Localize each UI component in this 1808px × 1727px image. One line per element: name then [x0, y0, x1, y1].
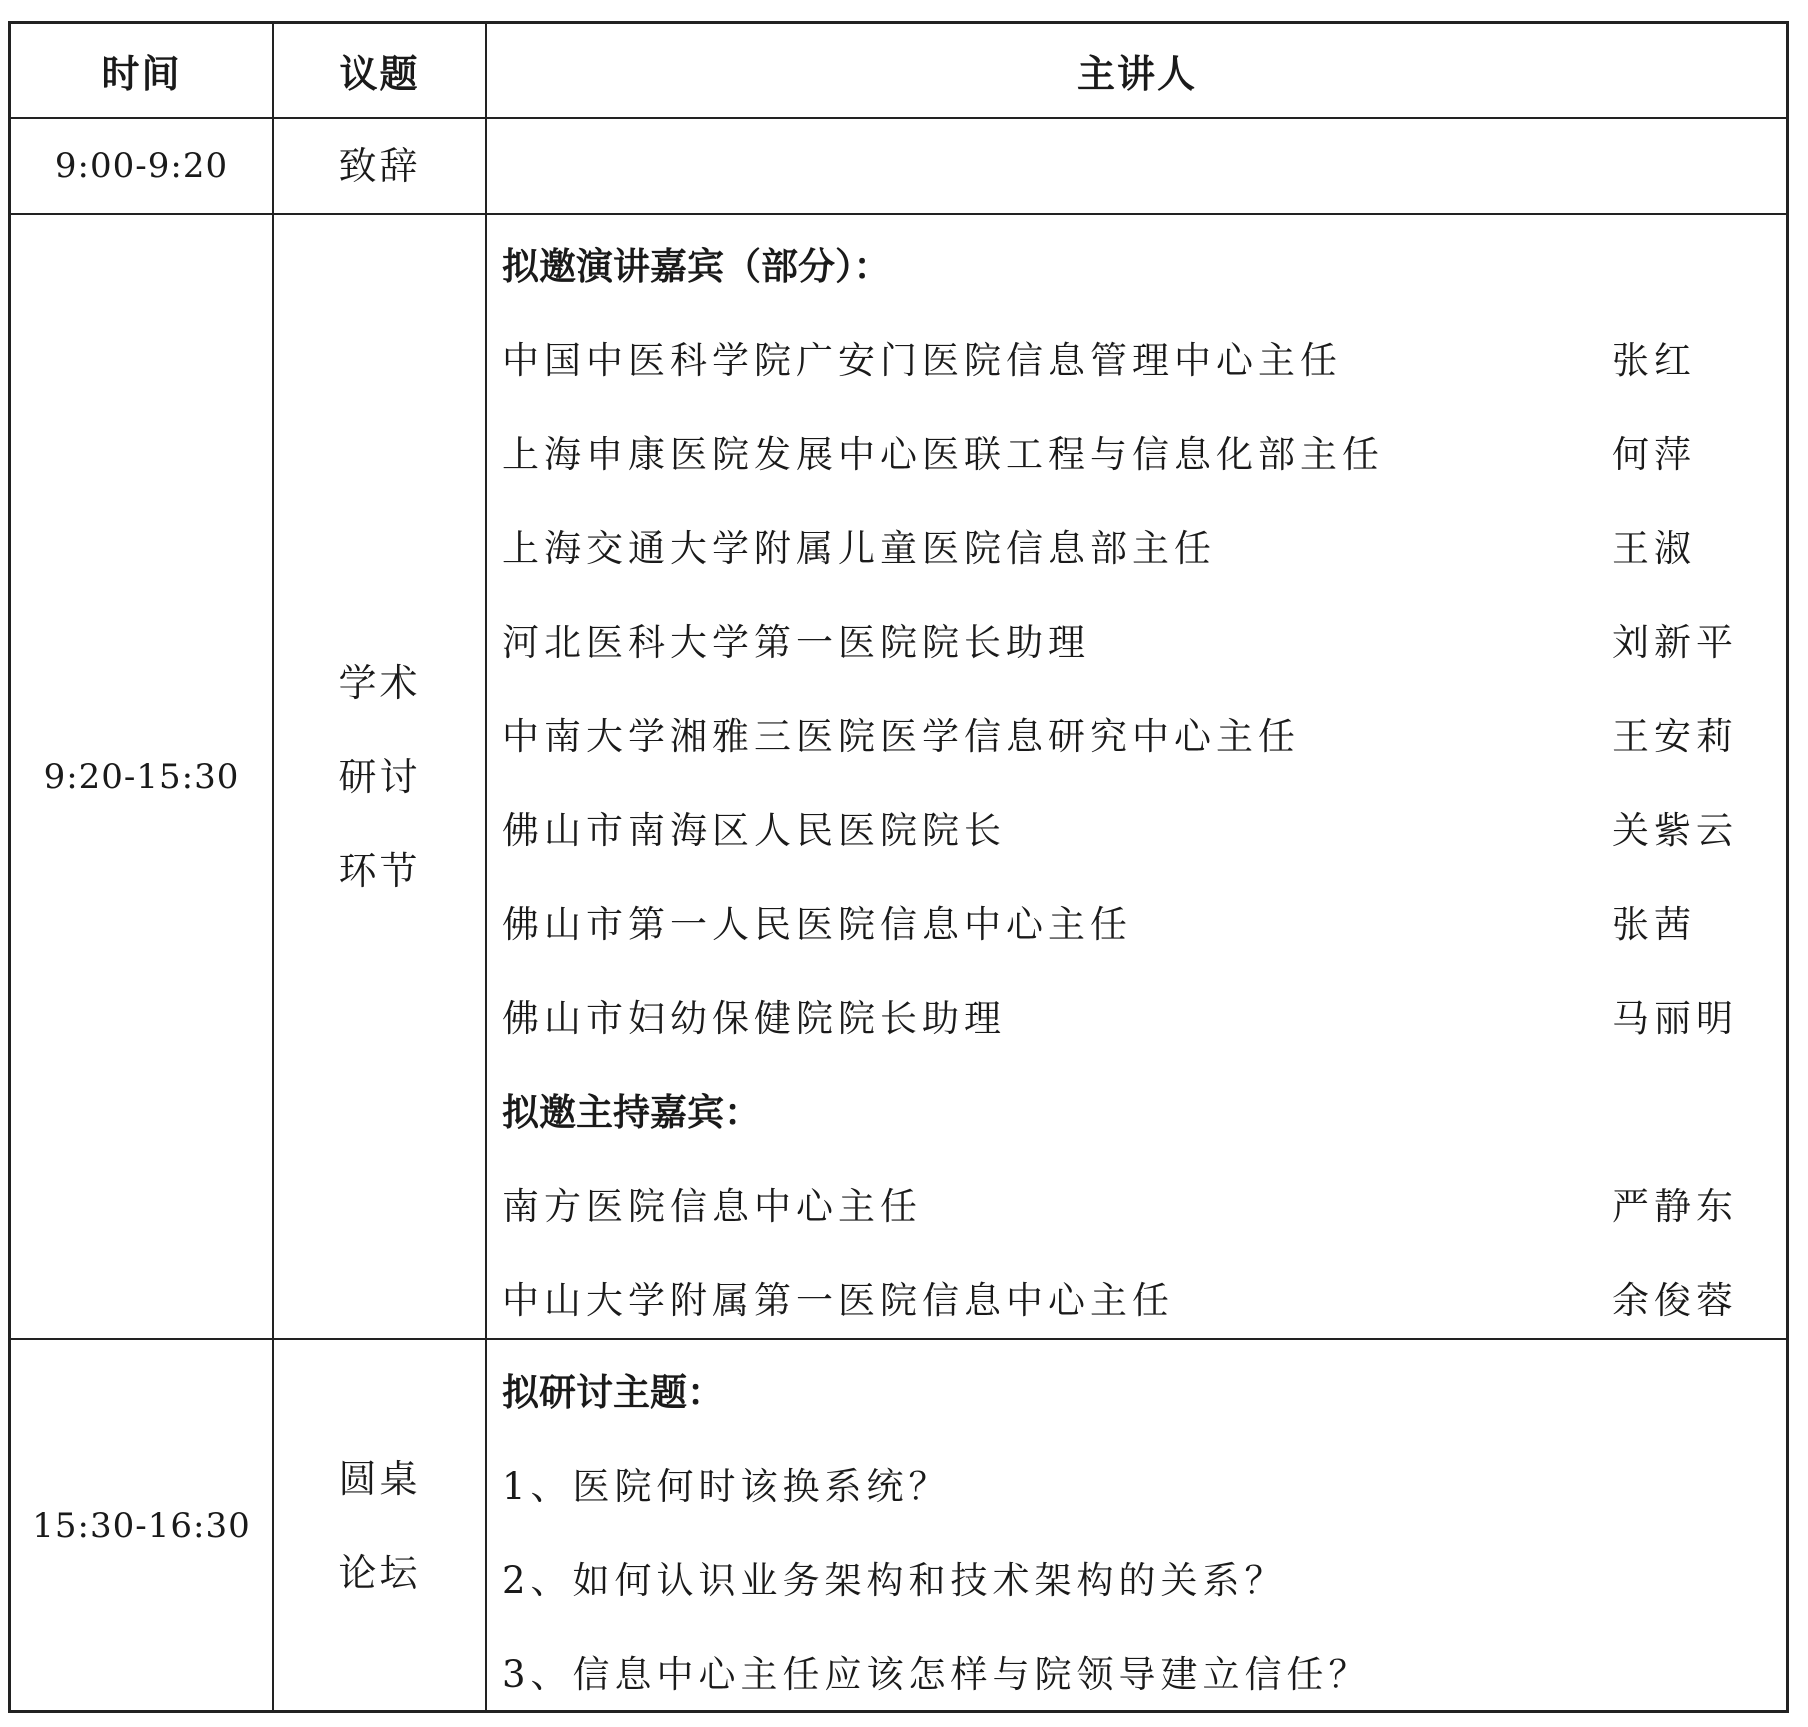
speaker-org: 中南大学湘雅三医院医学信息研究中心主任 — [502, 706, 1300, 760]
forum-topic-item: 3、信息中心主任应该怎样与院领导建立信任？ — [502, 1624, 1772, 1718]
speaker-row: 佛山市妇幼保健院院长助理马丽明 — [502, 968, 1772, 1062]
topic-line: 论坛 — [338, 1526, 420, 1620]
forum-topics: 拟研讨主题： 1、医院何时该换系统？ 2、如何认识业务架构和技术架构的关系？ 3… — [502, 1342, 1772, 1718]
host-org: 中山大学附属第一医院信息中心主任 — [502, 1270, 1174, 1324]
topic-line: 致辞 — [338, 119, 420, 213]
speaker-name: 刘新平 — [1612, 612, 1738, 666]
speaker-org: 河北医科大学第一医院院长助理 — [502, 612, 1090, 666]
speaker-row: 佛山市南海区人民医院院长关紫云 — [502, 780, 1772, 874]
host-row: 南方医院信息中心主任严静东 — [502, 1156, 1772, 1250]
topic-line: 学术 — [338, 636, 420, 730]
topic-line: 研讨 — [338, 730, 420, 824]
speaker-row: 中南大学湘雅三医院医学信息研究中心主任王安莉 — [502, 686, 1772, 780]
speakers-heading: 拟邀演讲嘉宾（部分）： — [502, 216, 1772, 310]
speaker-row: 河北医科大学第一医院院长助理刘新平 — [502, 592, 1772, 686]
host-org: 南方医院信息中心主任 — [502, 1176, 922, 1230]
speaker-name: 马丽明 — [1612, 988, 1738, 1042]
speaker-row: 上海交通大学附属儿童医院信息部主任王淑 — [502, 498, 1772, 592]
host-name: 余俊蓉 — [1612, 1270, 1738, 1324]
header-time: 时间 — [11, 24, 272, 117]
topic-line: 圆桌 — [338, 1432, 420, 1526]
speaker-row: 上海申康医院发展中心医联工程与信息化部主任何萍 — [502, 404, 1772, 498]
row-time: 9:20-15:30 — [11, 215, 272, 1338]
header-speaker: 主讲人 — [487, 24, 1787, 117]
speaker-org: 佛山市第一人民医院信息中心主任 — [502, 894, 1132, 948]
speaker-name: 何萍 — [1612, 424, 1696, 478]
hosts-heading: 拟邀主持嘉宾： — [502, 1062, 1772, 1156]
header-topic: 议题 — [274, 24, 485, 117]
row-time: 9:00-9:20 — [11, 119, 272, 213]
speaker-row: 佛山市第一人民医院信息中心主任张茜 — [502, 874, 1772, 968]
speaker-list: 拟邀演讲嘉宾（部分）： 中国中医科学院广安门医院信息管理中心主任张红 上海申康医… — [502, 216, 1772, 1344]
host-row: 中山大学附属第一医院信息中心主任余俊蓉 — [502, 1250, 1772, 1344]
speaker-name: 张红 — [1612, 330, 1696, 384]
speaker-name: 关紫云 — [1612, 800, 1738, 854]
host-name: 严静东 — [1612, 1176, 1738, 1230]
row-topic: 学术 研讨 环节 — [274, 215, 485, 1338]
speaker-name: 王淑 — [1612, 518, 1696, 572]
speaker-org: 佛山市妇幼保健院院长助理 — [502, 988, 1006, 1042]
speaker-name: 王安莉 — [1612, 706, 1738, 760]
speaker-org: 上海申康医院发展中心医联工程与信息化部主任 — [502, 424, 1384, 478]
row-time: 15:30-16:30 — [11, 1340, 272, 1712]
row-topic: 致辞 — [274, 119, 485, 213]
speaker-org: 中国中医科学院广安门医院信息管理中心主任 — [502, 330, 1342, 384]
speaker-row: 中国中医科学院广安门医院信息管理中心主任张红 — [502, 310, 1772, 404]
topic-line: 环节 — [338, 824, 420, 918]
forum-topic-item: 1、医院何时该换系统？ — [502, 1436, 1772, 1530]
speaker-name: 张茜 — [1612, 894, 1696, 948]
speaker-org: 上海交通大学附属儿童医院信息部主任 — [502, 518, 1216, 572]
row-topic: 圆桌 论坛 — [274, 1340, 485, 1712]
topics-heading: 拟研讨主题： — [502, 1342, 1772, 1436]
speaker-org: 佛山市南海区人民医院院长 — [502, 800, 1006, 854]
forum-topic-item: 2、如何认识业务架构和技术架构的关系？ — [502, 1530, 1772, 1624]
column-divider — [485, 24, 487, 1710]
